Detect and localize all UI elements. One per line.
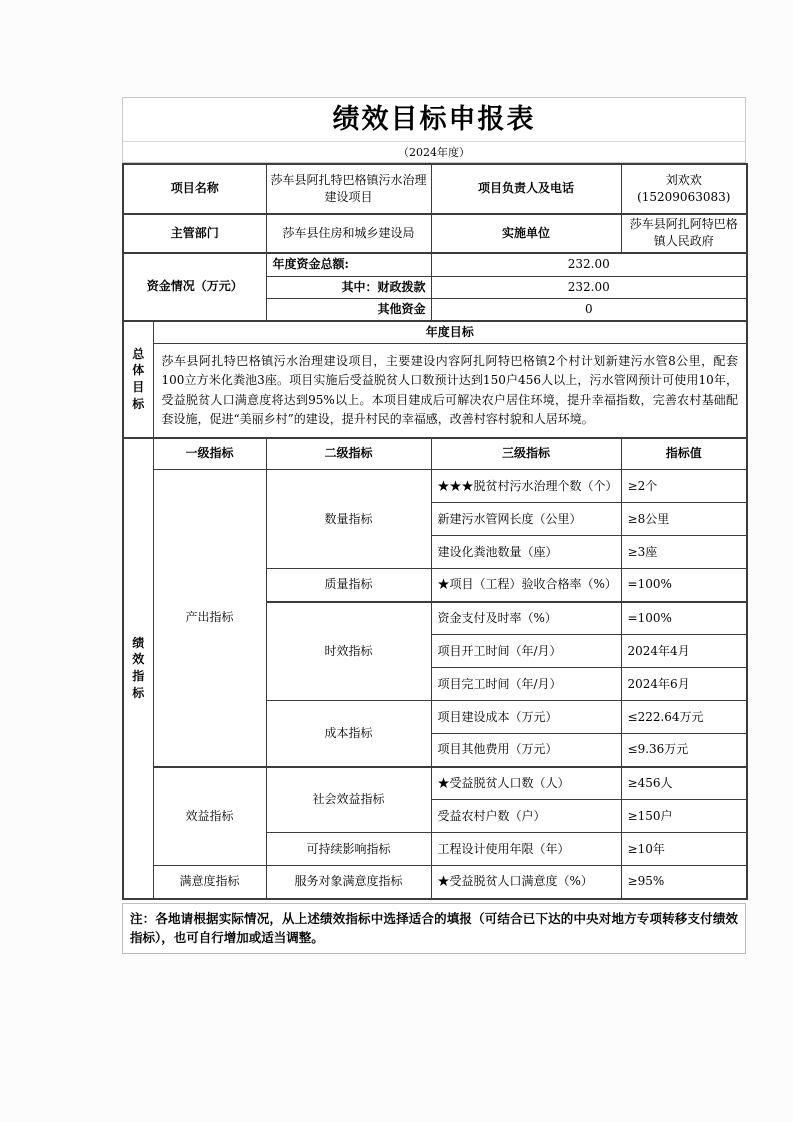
level2-quantity: 数量指标 — [266, 470, 431, 569]
funding-total-label: 年度资金总额: — [266, 253, 431, 277]
level2-social-benefit: 社会效益指标 — [266, 767, 431, 833]
footnote: 注：各地请根据实际情况，从上述绩效指标中选择适合的填报（可结合已下达的中央对地方… — [122, 903, 746, 954]
funding-fiscal-label: 其中：财政拨款 — [266, 277, 431, 299]
form-page: 绩效目标申报表 （2024年度） 项目名称 莎车县阿扎特巴格镇污水治理建设项目 … — [122, 97, 746, 954]
indicator-name: ★项目（工程）验收合格率（%） — [431, 569, 621, 602]
indicator-value: ≤9.36万元 — [621, 734, 747, 767]
indicator-row: 满意度指标 服务对象满意度指标 ★受益脱贫人口满意度（%） ≥95% — [123, 866, 747, 899]
funding-fiscal-value: 232.00 — [431, 277, 747, 299]
indicator-value: ≥95% — [621, 866, 747, 899]
indicator-name: 项目其他费用（万元） — [431, 734, 621, 767]
indicator-value: =100% — [621, 602, 747, 635]
row-annual-goal-header: 总体目标 年度目标 — [123, 321, 747, 344]
indicator-value: ≤222.64万元 — [621, 701, 747, 734]
level1-satisfaction: 满意度指标 — [153, 866, 266, 899]
annual-goal-text: 莎车县阿扎特巴格镇污水治理建设项目，主要建设内容阿扎阿特巴格镇2个村计划新建污水… — [153, 344, 747, 438]
indicator-value: ≥456人 — [621, 767, 747, 800]
indicator-name: ★受益脱贫人口满意度（%） — [431, 866, 621, 899]
level2-service-satisfaction: 服务对象满意度指标 — [266, 866, 431, 899]
indicator-row: 效益指标 社会效益指标 ★受益脱贫人口数（人） ≥456人 — [123, 767, 747, 800]
indicator-value: 2024年4月 — [621, 635, 747, 668]
form-title-box: 绩效目标申报表 （2024年度） — [122, 97, 746, 163]
indicator-value: ≥150户 — [621, 800, 747, 833]
level1-benefit: 效益指标 — [153, 767, 266, 866]
row-funding-total: 资金情况（万元） 年度资金总额: 232.00 — [123, 253, 747, 277]
indicator-value: ≥10年 — [621, 833, 747, 866]
indicator-name: ★★★脱贫村污水治理个数（个） — [431, 470, 621, 503]
row-department: 主管部门 莎车县住房和城乡建设局 实施单位 莎车县阿扎阿特巴格镇人民政府 — [123, 214, 747, 253]
row-project: 项目名称 莎车县阿扎特巴格镇污水治理建设项目 项目负责人及电话 刘欢欢(1520… — [123, 164, 747, 214]
funding-other-value: 0 — [431, 299, 747, 321]
funding-other-label: 其他资金 — [266, 299, 431, 321]
level2-quality: 质量指标 — [266, 569, 431, 602]
header-level2: 二级指标 — [266, 438, 431, 470]
declaration-table: 项目名称 莎车县阿扎特巴格镇污水治理建设项目 项目负责人及电话 刘欢欢(1520… — [122, 163, 748, 900]
indicator-value: ≥2个 — [621, 470, 747, 503]
indicator-name: 受益农村户数（户） — [431, 800, 621, 833]
row-indicator-header: 绩效指标 一级指标 二级指标 三级指标 指标值 — [123, 438, 747, 470]
indicator-name: 工程设计使用年限（年） — [431, 833, 621, 866]
department-label: 主管部门 — [123, 214, 266, 253]
indicator-name: 项目开工时间（年/月） — [431, 635, 621, 668]
project-name-label: 项目名称 — [123, 164, 266, 214]
indicator-row: 产出指标 数量指标 ★★★脱贫村污水治理个数（个） ≥2个 — [123, 470, 747, 503]
indicator-name: ★受益脱贫人口数（人） — [431, 767, 621, 800]
funding-total-value: 232.00 — [431, 253, 747, 277]
level2-sustainability: 可持续影响指标 — [266, 833, 431, 866]
department-value: 莎车县住房和城乡建设局 — [266, 214, 431, 253]
project-name-value: 莎车县阿扎特巴格镇污水治理建设项目 — [266, 164, 431, 214]
indicator-value: ≥3座 — [621, 536, 747, 569]
row-annual-goal-text: 莎车县阿扎特巴格镇污水治理建设项目，主要建设内容阿扎阿特巴格镇2个村计划新建污水… — [123, 344, 747, 438]
indicators-side-label: 绩效指标 — [123, 438, 153, 899]
implement-unit-value: 莎车县阿扎阿特巴格镇人民政府 — [621, 214, 747, 253]
indicator-name: 项目建设成本（万元） — [431, 701, 621, 734]
form-title: 绩效目标申报表 — [123, 98, 745, 141]
form-year: （2024年度） — [123, 141, 745, 162]
level1-output: 产出指标 — [153, 470, 266, 767]
annual-goal-header: 年度目标 — [153, 321, 747, 344]
indicator-value: 2024年6月 — [621, 668, 747, 701]
indicator-name: 资金支付及时率（%） — [431, 602, 621, 635]
header-level1: 一级指标 — [153, 438, 266, 470]
level2-cost: 成本指标 — [266, 701, 431, 767]
funding-label: 资金情况（万元） — [123, 253, 266, 321]
indicator-name: 新建污水管网长度（公里） — [431, 503, 621, 536]
indicator-value: ≥8公里 — [621, 503, 747, 536]
indicator-name: 项目完工时间（年/月） — [431, 668, 621, 701]
manager-label: 项目负责人及电话 — [431, 164, 621, 214]
level2-timeliness: 时效指标 — [266, 602, 431, 701]
overall-goal-side-label: 总体目标 — [123, 321, 153, 438]
header-value: 指标值 — [621, 438, 747, 470]
manager-value: 刘欢欢(15209063083) — [621, 164, 747, 214]
indicator-value: =100% — [621, 569, 747, 602]
implement-unit-label: 实施单位 — [431, 214, 621, 253]
indicator-name: 建设化粪池数量（座） — [431, 536, 621, 569]
header-level3: 三级指标 — [431, 438, 621, 470]
